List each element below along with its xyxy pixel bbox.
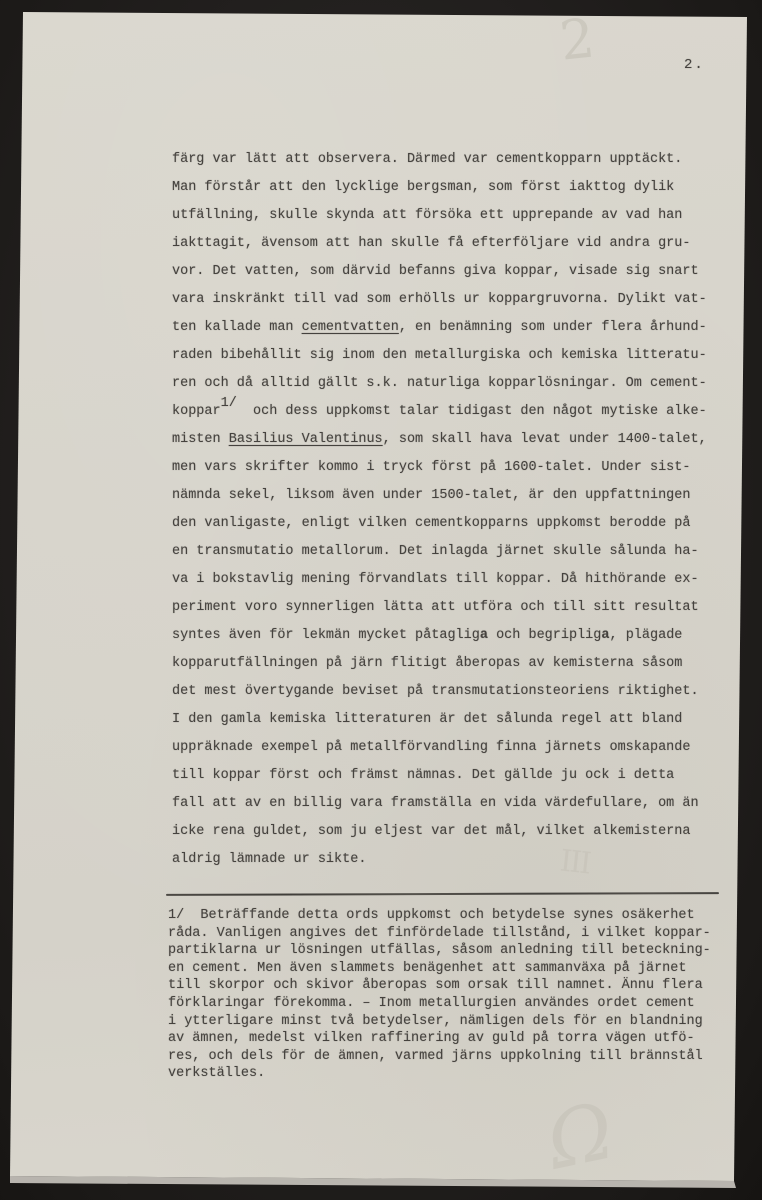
- text-line: aldrig lämnade ur sikte.: [172, 846, 724, 874]
- text-line: raden bibehållit sig inom den metallurgi…: [172, 342, 724, 370]
- text-line: misten Basilius Valentinus, som skall ha…: [172, 426, 724, 454]
- text-line: verkställes.: [168, 1065, 724, 1083]
- text-line: fall att av en billig vara framställa en…: [172, 790, 724, 818]
- paper-watermark: Ω: [539, 1086, 621, 1187]
- text-line: råda. Vanligen angives det finfördelade …: [168, 925, 724, 943]
- text-line: en transmutatio metallorum. Det inlagda …: [172, 538, 724, 566]
- text-line: 1/ Beträffande detta ords uppkomst och b…: [168, 907, 724, 925]
- footnote-text: 1/ Beträffande detta ords uppkomst och b…: [168, 907, 724, 1083]
- text-line: va i bokstavlig mening förvandlats till …: [172, 566, 724, 594]
- text-line: ren och då alltid gällt s.k. naturliga k…: [172, 370, 724, 398]
- text-line: färg var lätt att observera. Därmed var …: [172, 146, 724, 174]
- text-line: res, och dels för de ämnen, varmed järns…: [168, 1048, 724, 1066]
- text-line: till skorpor och skivor åberopas som ors…: [168, 977, 724, 995]
- text-line: iakttagit, ävensom att han skulle få eft…: [172, 230, 724, 258]
- text-line: kopparutfällningen på järn flitigt åbero…: [172, 650, 724, 678]
- text-line: vara inskränkt till vad som erhölls ur k…: [172, 286, 724, 314]
- text-line: periment voro synnerligen lätta att utfö…: [172, 594, 724, 622]
- text-line: av ämnen, medelst vilken raffinering av …: [168, 1030, 724, 1048]
- body-text: färg var lätt att observera. Därmed var …: [172, 146, 724, 874]
- text-line: icke rena guldet, som ju eljest var det …: [172, 818, 724, 846]
- text-line: till koppar först och främst nämnas. Det…: [172, 762, 724, 790]
- text-line: vor. Det vatten, som därvid befanns giva…: [172, 258, 724, 286]
- text-line: syntes även för lekmän mycket påtagliga …: [172, 622, 724, 650]
- bleedthrough-page-number: 2: [557, 6, 598, 72]
- text-line: ten kallade man cementvatten, en benämni…: [172, 314, 724, 342]
- text-line: partiklarna ur lösningen utfällas, såsom…: [168, 942, 724, 960]
- text-line: en cement. Men även slammets benägenhet …: [168, 960, 724, 978]
- text-line: den vanligaste, enligt vilken cementkopp…: [172, 510, 724, 538]
- document-page: 2 III Ω 2. färg var lätt att observera. …: [0, 0, 762, 1200]
- text-line: uppräknade exempel på metallförvandling …: [172, 734, 724, 762]
- text-line: det mest övertygande beviset på transmut…: [172, 678, 724, 706]
- text-line: Man förstår att den lycklige bergsman, s…: [172, 174, 724, 202]
- text-line: utfällning, skulle skynda att försöka et…: [172, 202, 724, 230]
- text-line: koppar1/ och dess uppkomst talar tidigas…: [172, 398, 724, 426]
- text-line: men vars skrifter kommo i tryck först på…: [172, 454, 724, 482]
- text-line: förklaringar förekomma. – Inom metallurg…: [168, 995, 724, 1013]
- text-line: i ytterligare minst två betydelser, näml…: [168, 1013, 724, 1031]
- footnote-separator: [166, 892, 719, 896]
- page-number: 2.: [684, 57, 705, 73]
- text-line: I den gamla kemiska litteraturen är det …: [172, 706, 724, 734]
- text-line: nämnda sekel, liksom även under 1500-tal…: [172, 482, 724, 510]
